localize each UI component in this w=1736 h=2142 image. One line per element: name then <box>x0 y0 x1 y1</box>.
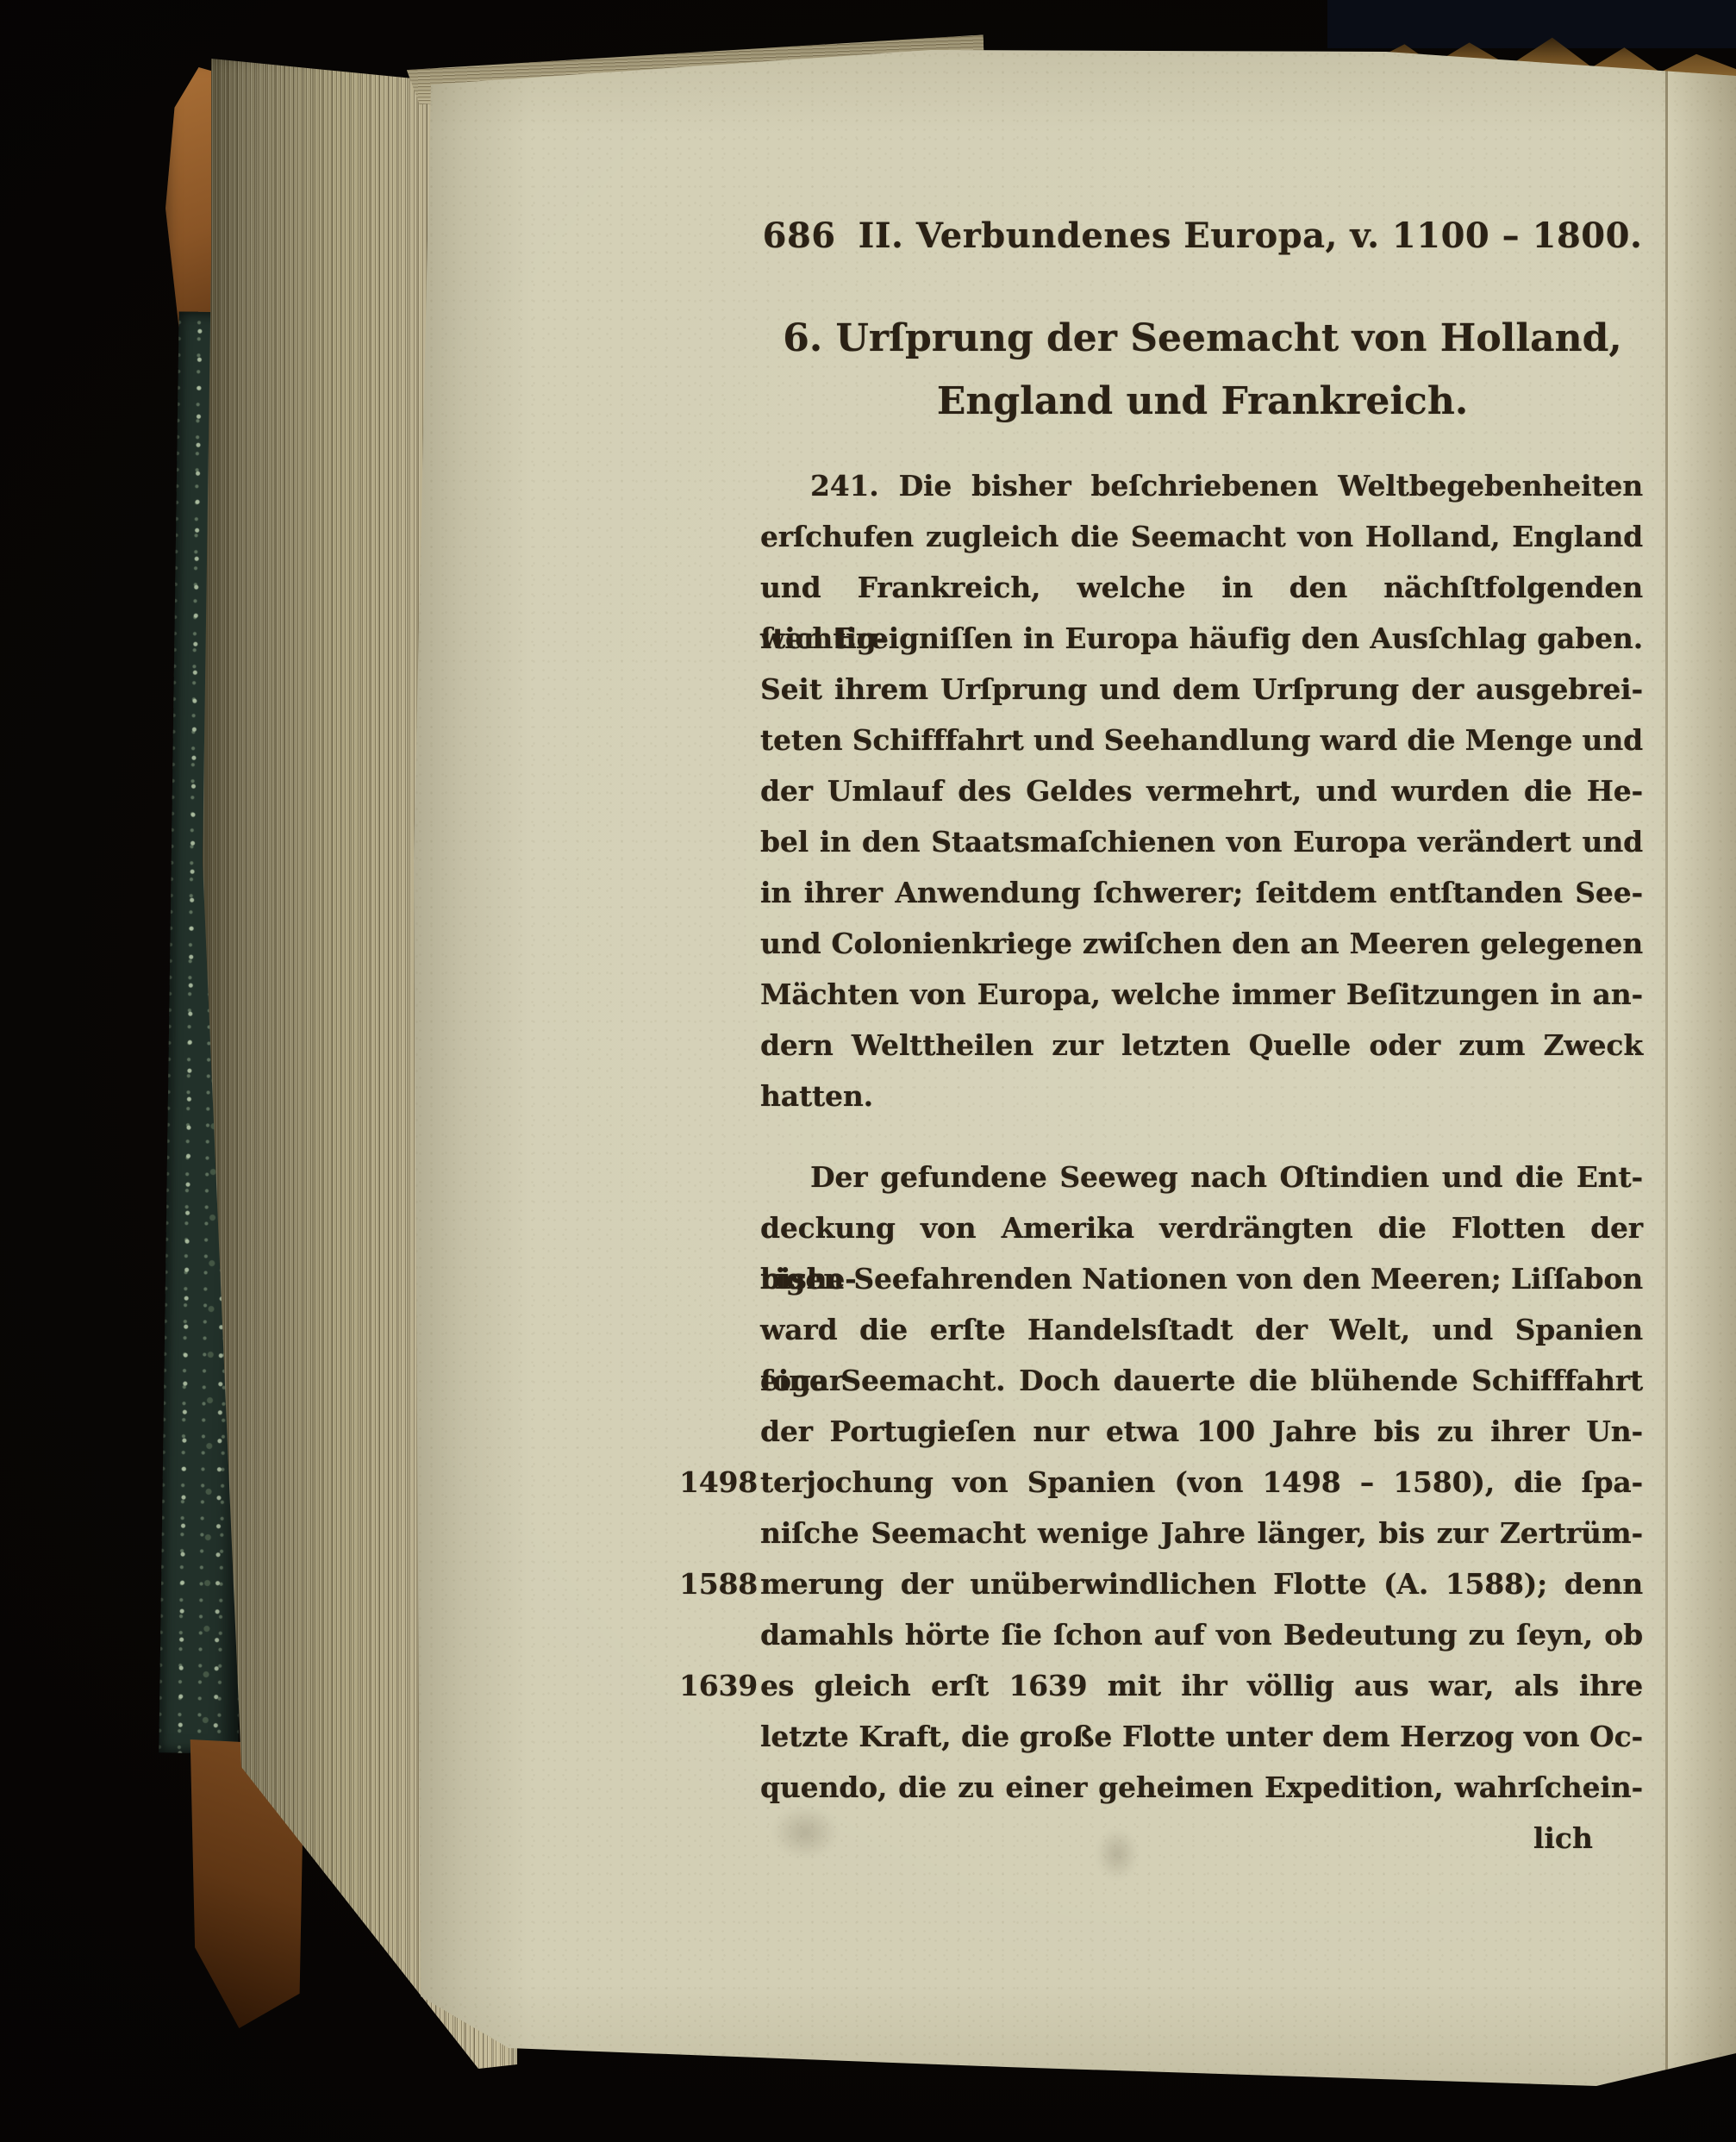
text-line: der Portugieſen nur etwa 100 Jahre bis z… <box>760 1406 1643 1457</box>
scanned-book-photo: 686 II. Verbundenes Europa, v. 1100 – 18… <box>0 0 1736 2142</box>
catchword: lich <box>759 1813 1643 1864</box>
text-line: in ihrer Anwendung ſchwerer; ſeitdem ent… <box>760 867 1643 918</box>
text-line: 1498terjochung von Spanien (von 1498 – 1… <box>760 1457 1643 1508</box>
text-line-content: Der gefundene Seeweg nach Oſtindien und … <box>760 1152 1643 1202</box>
ink-smudge <box>1096 1829 1138 1879</box>
text-line-content: erſchufen zugleich die Seemacht von Holl… <box>760 511 1643 562</box>
paragraph-241: 241. Die bisher beſchriebenen Weltbegebe… <box>760 460 1643 1121</box>
text-line-content: hatten. <box>760 1071 1643 1121</box>
margin-year: 1588 <box>679 1558 755 1609</box>
margin-year: 1639 <box>679 1660 755 1711</box>
text-line-content: terjochung von Spanien (von 1498 – 1580)… <box>760 1457 1643 1508</box>
scan-background-top-right <box>1327 0 1736 48</box>
text-line-content: der Umlauf des Geldes vermehrt, und wurd… <box>760 765 1643 816</box>
text-line: quendo, die zu einer geheimen Expedition… <box>760 1762 1643 1813</box>
text-line-content: letzte Kraft, die große Flotte unter dem… <box>760 1711 1643 1762</box>
text-line: 1639es gleich erſt 1639 mit ihr völlig a… <box>760 1660 1643 1711</box>
text-line-content: niſche Seemacht wenige Jahre länger, bis… <box>760 1508 1643 1558</box>
text-line: niſche Seemacht wenige Jahre länger, bis… <box>760 1508 1643 1558</box>
text-line: ſten Ereigniſſen in Europa häufig den Au… <box>760 613 1643 664</box>
text-line: Der gefundene Seeweg nach Oſtindien und … <box>760 1152 1643 1202</box>
text-line-content: rigen Seefahrenden Nationen von den Meer… <box>760 1253 1643 1304</box>
text-line: bel in den Staatsmaſchienen von Europa v… <box>760 816 1643 867</box>
section-heading: 6. Urſprung der Seemacht von Holland, En… <box>759 307 1646 433</box>
section-heading-line2: England und Frankreich. <box>759 370 1646 433</box>
text-line: und Colonienkriege zwiſchen den an Meere… <box>760 918 1643 969</box>
page-crease-strip <box>1668 40 1736 2096</box>
text-line-content: 241. Die bisher beſchriebenen Weltbegebe… <box>760 460 1643 511</box>
page-number: 686 <box>763 215 836 256</box>
text-line: 1588merung der unüberwindlichen Flotte (… <box>760 1558 1643 1609</box>
text-line: 241. Die bisher beſchriebenen Weltbegebe… <box>760 460 1643 511</box>
section-heading-line1: 6. Urſprung der Seemacht von Holland, <box>759 307 1646 370</box>
text-line-content: und Colonienkriege zwiſchen den an Meere… <box>760 918 1643 969</box>
text-line-content: der Portugieſen nur etwa 100 Jahre bis z… <box>760 1406 1643 1457</box>
text-line: rigen Seefahrenden Nationen von den Meer… <box>760 1253 1643 1304</box>
text-line: deckung von Amerika verdrängten die Flot… <box>760 1202 1643 1253</box>
running-header: 686 II. Verbundenes Europa, v. 1100 – 18… <box>759 215 1646 256</box>
text-line-content: quendo, die zu einer geheimen Expedition… <box>760 1762 1643 1813</box>
text-line-content: teten Schifffahrt und Seehandlung ward d… <box>760 715 1643 765</box>
text-line: dern Welttheilen zur letzten Quelle oder… <box>760 1020 1643 1071</box>
text-line: Seit ihrem Urſprung und dem Urſprung der… <box>760 664 1643 715</box>
text-line-content: dern Welttheilen zur letzten Quelle oder… <box>760 1020 1643 1071</box>
text-line: damahls hörte ſie ſchon auf von Bedeutun… <box>760 1609 1643 1660</box>
text-line-content: bel in den Staatsmaſchienen von Europa v… <box>760 816 1643 867</box>
text-line-content: in ihrer Anwendung ſchwerer; ſeitdem ent… <box>760 867 1643 918</box>
text-line-content: ſten Ereigniſſen in Europa häufig den Au… <box>760 613 1643 664</box>
margin-year: 1498 <box>679 1457 755 1508</box>
paragraph-seeweg: Der gefundene Seeweg nach Oſtindien und … <box>760 1152 1643 1813</box>
text-line: letzte Kraft, die große Flotte unter dem… <box>760 1711 1643 1762</box>
text-line: eine Seemacht. Doch dauerte die blühende… <box>760 1355 1643 1406</box>
text-line: teten Schifffahrt und Seehandlung ward d… <box>760 715 1643 765</box>
text-line-content: Mächten von Europa, welche immer Beſitzu… <box>760 969 1643 1020</box>
text-line-content: Seit ihrem Urſprung und dem Urſprung der… <box>760 664 1643 715</box>
text-line-content: damahls hörte ſie ſchon auf von Bedeutun… <box>760 1609 1643 1660</box>
page-crease <box>1665 40 1668 2096</box>
text-line: der Umlauf des Geldes vermehrt, und wurd… <box>760 765 1643 816</box>
text-line: ward die erſte Handelsſtadt der Welt, un… <box>760 1304 1643 1355</box>
text-line: Mächten von Europa, welche immer Beſitzu… <box>760 969 1643 1020</box>
text-line-content: merung der unüberwindlichen Flotte (A. 1… <box>760 1558 1643 1609</box>
text-line: erſchufen zugleich die Seemacht von Holl… <box>760 511 1643 562</box>
ink-smudge <box>772 1807 838 1858</box>
text-line: hatten. <box>760 1071 1643 1121</box>
text-line: und Frankreich, welche in den nächſtfolg… <box>760 562 1643 613</box>
text-line-content: eine Seemacht. Doch dauerte die blühende… <box>760 1355 1643 1406</box>
running-header-title: II. Verbundenes Europa, v. 1100 – 1800. <box>859 215 1643 256</box>
text-line-content: es gleich erſt 1639 mit ihr völlig aus w… <box>760 1660 1643 1711</box>
